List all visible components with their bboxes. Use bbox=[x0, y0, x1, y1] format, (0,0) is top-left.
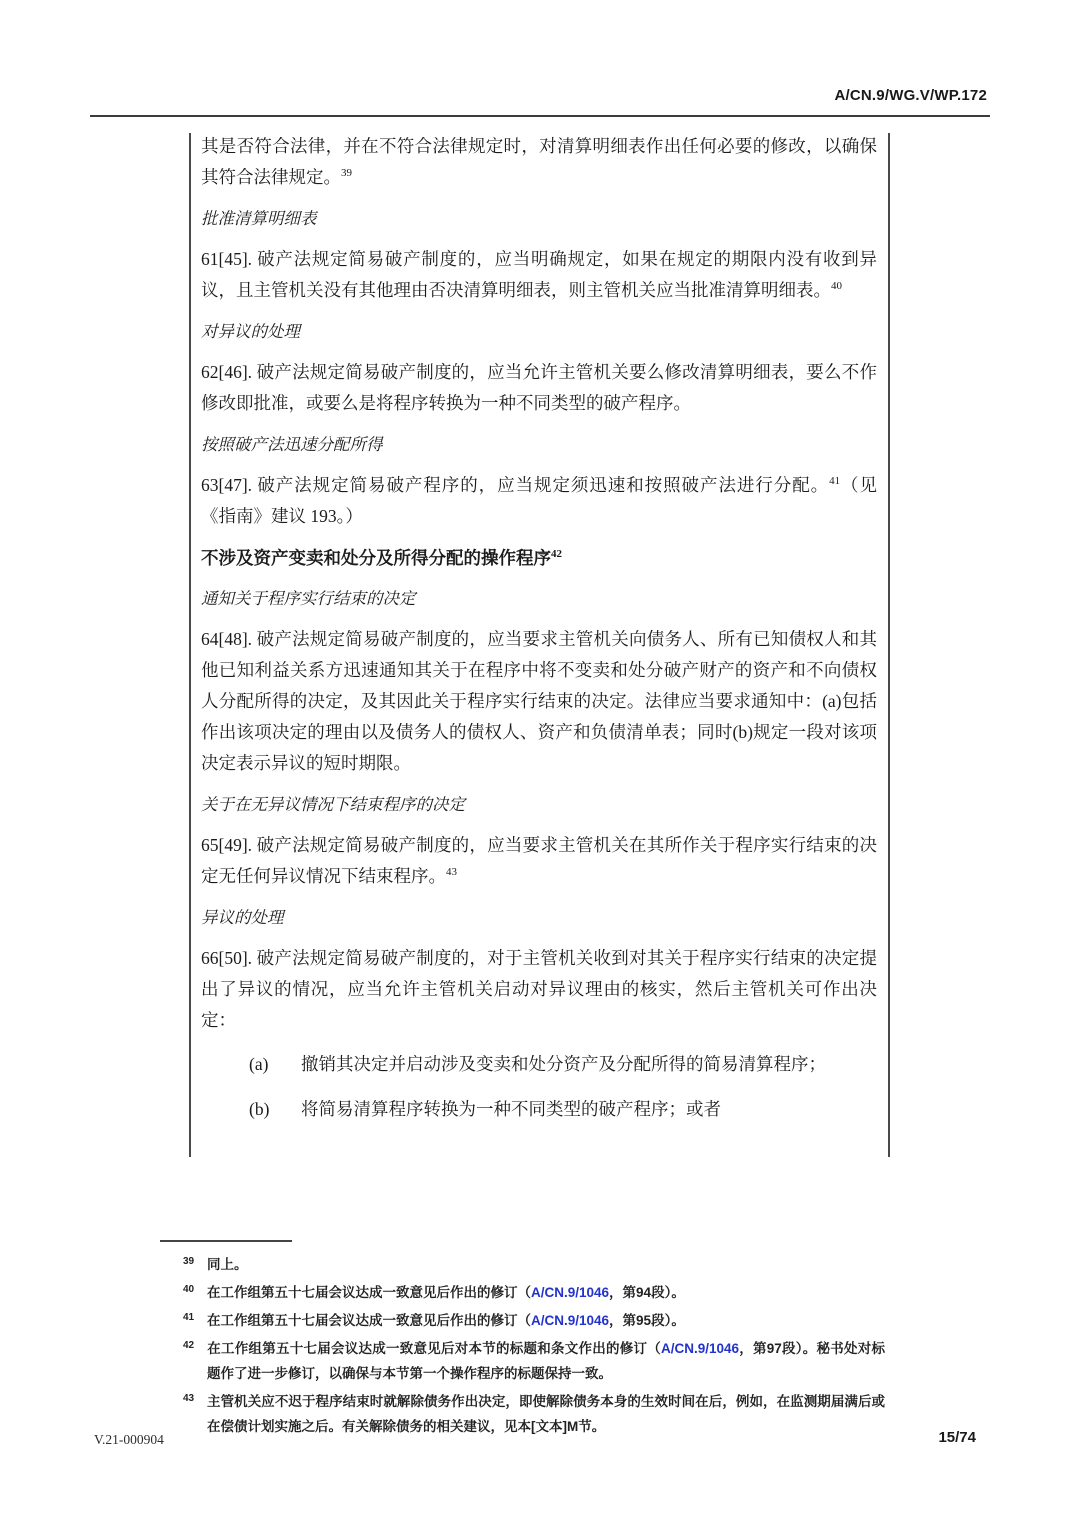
list-label: (b) bbox=[249, 1094, 301, 1125]
footnote-ref-41: 41 bbox=[829, 475, 840, 487]
paragraph-text: 65[49]. 破产法规定简易破产制度的，应当要求主管机关在其所作关于程序实行结… bbox=[201, 835, 877, 886]
section-heading: 不涉及资产变卖和处分及所得分配的操作程序42 bbox=[201, 545, 877, 572]
footnote-text: 同上。 bbox=[207, 1257, 248, 1272]
footnote-separator bbox=[160, 1240, 292, 1242]
change-bar-left bbox=[189, 133, 191, 1157]
footnote-39: 39同上。 bbox=[183, 1252, 885, 1277]
footnote-ref-43: 43 bbox=[446, 866, 457, 878]
document-page: A/CN.9/WG.V/WP.172 其是否符合法律，并在不符合法律规定时，对清… bbox=[0, 0, 1080, 1526]
footnote-42: 42在工作组第五十七届会议达成一致意见后对本节的标题和条文作出的修订（A/CN.… bbox=[183, 1336, 885, 1386]
footnote-ref-39: 39 bbox=[341, 167, 352, 179]
change-bar-right bbox=[888, 133, 890, 1157]
footnote-43: 43主管机关应不迟于程序结束时就解除债务作出决定，即使解除债务本身的生效时间在后… bbox=[183, 1389, 885, 1439]
paragraph-text: 61[45]. 破产法规定简易破产制度的，应当明确规定，如果在规定的期限内没有收… bbox=[201, 249, 877, 300]
paragraph-65-49: 65[49]. 破产法规定简易破产制度的，应当要求主管机关在其所作关于程序实行结… bbox=[201, 830, 877, 892]
doc-link[interactable]: A/CN.9/1046 bbox=[661, 1341, 739, 1356]
paragraph: 其是否符合法律，并在不符合法律规定时，对清算明细表作出任何必要的修改，以确保其符… bbox=[201, 131, 877, 193]
paragraph-61-45: 61[45]. 破产法规定简易破产制度的，应当明确规定，如果在规定的期限内没有收… bbox=[201, 244, 877, 306]
paragraph-62-46: 62[46]. 破产法规定简易破产制度的，应当允许主管机关要么修改清算明细表，要… bbox=[201, 357, 877, 419]
paragraph-66-50: 66[50]. 破产法规定简易破产制度的，对于主管机关收到对其关于程序实行结束的… bbox=[201, 943, 877, 1036]
footer-page-number: 15/74 bbox=[938, 1429, 976, 1446]
subheading: 关于在无异议情况下结束程序的决定 bbox=[201, 792, 877, 817]
subheading: 对异议的处理 bbox=[201, 319, 877, 344]
doc-symbol: A/CN.9/WG.V/WP.172 bbox=[834, 87, 987, 104]
footnote-text: ，第95段）。 bbox=[609, 1313, 685, 1328]
paragraph-63-47: 63[47]. 破产法规定简易破产程序的，应当规定须迅速和按照破产法进行分配。4… bbox=[201, 470, 877, 532]
paragraph-text: 其是否符合法律，并在不符合法律规定时，对清算明细表作出任何必要的修改，以确保其符… bbox=[201, 136, 877, 187]
footer-doc-number: V.21-000904 bbox=[94, 1432, 164, 1448]
footnotes: 39同上。 40在工作组第五十七届会议达成一致意见后作出的修订（A/CN.9/1… bbox=[183, 1252, 885, 1442]
list-label: (a) bbox=[249, 1049, 301, 1080]
footnote-text: 在工作组第五十七届会议达成一致意见后作出的修订（ bbox=[207, 1285, 531, 1300]
list-item-a: (a)撤销其决定并启动涉及变卖和处分资产及分配所得的简易清算程序； bbox=[201, 1049, 877, 1080]
doc-link[interactable]: A/CN.9/1046 bbox=[531, 1285, 609, 1300]
document-body: 其是否符合法律，并在不符合法律规定时，对清算明细表作出任何必要的修改，以确保其符… bbox=[201, 131, 877, 1139]
paragraph-64-48: 64[48]. 破产法规定简易破产制度的，应当要求主管机关向债务人、所有已知债权… bbox=[201, 624, 877, 779]
list-text: 撤销其决定并启动涉及变卖和处分资产及分配所得的简易清算程序； bbox=[301, 1054, 826, 1074]
footnote-ref-42: 42 bbox=[551, 548, 562, 560]
header-rule bbox=[90, 115, 990, 117]
footnote-ref-40: 40 bbox=[831, 280, 842, 292]
footnote-text: 主管机关应不迟于程序结束时就解除债务作出决定，即使解除债务本身的生效时间在后，例… bbox=[207, 1394, 885, 1434]
doc-link[interactable]: A/CN.9/1046 bbox=[531, 1313, 609, 1328]
subheading: 按照破产法迅速分配所得 bbox=[201, 432, 877, 457]
footnote-text: ，第94段）。 bbox=[609, 1285, 685, 1300]
subheading: 批准清算明细表 bbox=[201, 206, 877, 231]
subheading: 异议的处理 bbox=[201, 905, 877, 930]
footnote-text: 在工作组第五十七届会议达成一致意见后作出的修订（ bbox=[207, 1313, 531, 1328]
list-text: 将简易清算程序转换为一种不同类型的破产程序；或者 bbox=[301, 1099, 721, 1119]
subheading: 通知关于程序实行结束的决定 bbox=[201, 586, 877, 611]
heading-text: 不涉及资产变卖和处分及所得分配的操作程序 bbox=[201, 548, 551, 568]
paragraph-text: 63[47]. 破产法规定简易破产程序的，应当规定须迅速和按照破产法进行分配。 bbox=[201, 475, 829, 495]
list-item-b: (b)将简易清算程序转换为一种不同类型的破产程序；或者 bbox=[201, 1094, 877, 1125]
footnote-40: 40在工作组第五十七届会议达成一致意见后作出的修订（A/CN.9/1046，第9… bbox=[183, 1280, 885, 1305]
footnote-41: 41在工作组第五十七届会议达成一致意见后作出的修订（A/CN.9/1046，第9… bbox=[183, 1308, 885, 1333]
footnote-text: 在工作组第五十七届会议达成一致意见后对本节的标题和条文作出的修订（ bbox=[207, 1341, 661, 1356]
